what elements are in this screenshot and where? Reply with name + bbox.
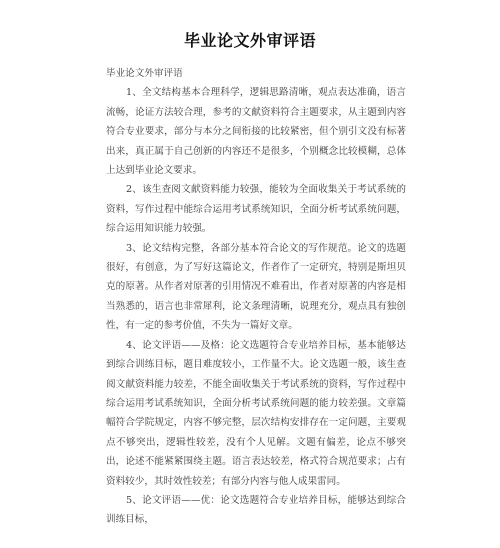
paragraph-1: 1、全文结构基本合理科学，逻辑思路清晰，观点表达准确，语言流畅，论证方法较合理，… (106, 83, 406, 180)
paragraph-5: 5、论文评语——优：论文选题符合专业培养目标，能够达到综合训练目标， (106, 491, 406, 530)
paragraph-4: 4、论文评语——及格：论文选题符合专业培养目标，基本能够达到综合训练目标，题目难… (106, 336, 406, 491)
document-body: 毕业论文外审评语 1、全文结构基本合理科学，逻辑思路清晰，观点表达准确，语言流畅… (106, 64, 406, 530)
paragraph-3: 3、论文结构完整，各部分基本符合论文的写作规范。论文的选题很好，有创意，为了写好… (106, 239, 406, 336)
paragraph-2: 2、该生查阅文献资料能力较强，能较为全面收集关于考试系统的资料，写作过程中能综合… (106, 180, 406, 238)
document-subtitle: 毕业论文外审评语 (106, 64, 406, 83)
page-title: 毕业论文外审评语 (0, 28, 500, 51)
